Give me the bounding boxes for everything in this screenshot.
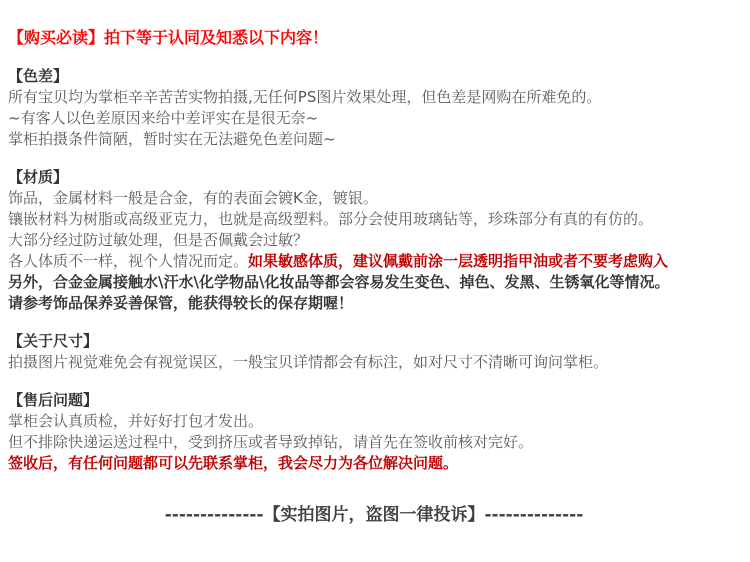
section-color-difference: 【色差】 所有宝贝均为掌柜辛辛苦苦实物拍摄,无任何PS图片效果处理，但色差是网购… <box>8 66 740 150</box>
emphasis-text-segment: 如果敏感体质，建议佩戴前涂一层透明指甲油或者不要考虑购入 <box>248 252 668 270</box>
bold-text-segment: 另外，合金金属接触水\汗水\化学物品\化妆品等都会容易发生变色、掉色、发黑、生锈… <box>8 273 669 291</box>
section-heading-size: 【关于尺寸】 <box>8 331 740 352</box>
text-line: 拍摄图片视觉难免会有视觉误区，一般宝贝详情都会有标注，如对尺寸不清晰可询问掌柜。 <box>8 352 740 373</box>
text-line: 签收后，有任何问题都可以先联系掌柜，我会尽力为各位解决问题。 <box>8 453 740 474</box>
text-segment: 掌柜会认真质检，并好好打包才发出。 <box>8 412 263 430</box>
footer-banner: --------------【实拍图片，盗图一律投诉】-------------… <box>8 505 740 525</box>
text-line: 另外，合金金属接触水\汗水\化学物品\化妆品等都会容易发生变色、掉色、发黑、生锈… <box>8 272 740 293</box>
section-after-sales: 【售后问题】 掌柜会认真质检，并好好打包才发出。 但不排除快递运送过程中，受到挤… <box>8 390 740 474</box>
text-line: 但不排除快递运送过程中，受到挤压或者导致掉钻，请首先在签收前核对完好。 <box>8 432 740 453</box>
text-segment: 掌柜拍摄条件简陋，暂时实在无法避免色差问题~ <box>8 130 336 148</box>
section-heading-color-difference: 【色差】 <box>8 66 740 87</box>
text-line: 掌柜会认真质检，并好好打包才发出。 <box>8 411 740 432</box>
text-segment: 各人体质不一样，视个人情况而定。 <box>8 252 248 270</box>
text-segment: 所有宝贝均为掌柜辛辛苦苦实物拍摄,无任何PS图片效果处理，但色差是网购在所难免的… <box>8 88 601 106</box>
text-line: 各人体质不一样，视个人情况而定。如果敏感体质，建议佩戴前涂一层透明指甲油或者不要… <box>8 251 740 272</box>
text-segment: 镶嵌材料为树脂或高级亚克力，也就是高级塑料。部分会使用玻璃钻等，珍珠部分有真的有… <box>8 210 653 228</box>
section-heading-material: 【材质】 <box>8 167 740 188</box>
text-line: 请参考饰品保养妥善保管，能获得较长的保存期喔！ <box>8 293 740 314</box>
text-segment: ~有客人以色差原因来给中差评实在是很无奈~ <box>8 109 318 127</box>
text-segment: 拍摄图片视觉难免会有视觉误区，一般宝贝详情都会有标注，如对尺寸不清晰可询问掌柜。 <box>8 353 608 371</box>
section-heading-after-sales: 【售后问题】 <box>8 390 740 411</box>
text-segment: 饰品，金属材料一般是合金，有的表面会镀K金，镀银。 <box>8 189 378 207</box>
text-line: 镶嵌材料为树脂或高级亚克力，也就是高级塑料。部分会使用玻璃钻等，珍珠部分有真的有… <box>8 209 740 230</box>
text-line: 所有宝贝均为掌柜辛辛苦苦实物拍摄,无任何PS图片效果处理，但色差是网购在所难免的… <box>8 87 740 108</box>
text-line: 大部分经过防过敏处理，但是否佩戴会过敏？ <box>8 230 740 251</box>
text-line: 饰品，金属材料一般是合金，有的表面会镀K金，镀银。 <box>8 188 740 209</box>
section-size: 【关于尺寸】 拍摄图片视觉难免会有视觉误区，一般宝贝详情都会有标注，如对尺寸不清… <box>8 331 740 373</box>
emphasis-text-segment: 签收后，有任何问题都可以先联系掌柜，我会尽力为各位解决问题。 <box>8 454 458 472</box>
page-title: 【购买必读】拍下等于认同及知悉以下内容！ <box>8 28 740 47</box>
text-segment: 但不排除快递运送过程中，受到挤压或者导致掉钻，请首先在签收前核对完好。 <box>8 433 533 451</box>
product-notice-page: 【购买必读】拍下等于认同及知悉以下内容！ 【色差】 所有宝贝均为掌柜辛辛苦苦实物… <box>0 0 750 562</box>
text-line: 掌柜拍摄条件简陋，暂时实在无法避免色差问题~ <box>8 129 740 150</box>
text-segment: 大部分经过防过敏处理，但是否佩戴会过敏？ <box>8 231 308 249</box>
bold-text-segment: 请参考饰品保养妥善保管，能获得较长的保存期喔！ <box>8 294 353 312</box>
text-line: ~有客人以色差原因来给中差评实在是很无奈~ <box>8 108 740 129</box>
section-material: 【材质】 饰品，金属材料一般是合金，有的表面会镀K金，镀银。 镶嵌材料为树脂或高… <box>8 167 740 314</box>
